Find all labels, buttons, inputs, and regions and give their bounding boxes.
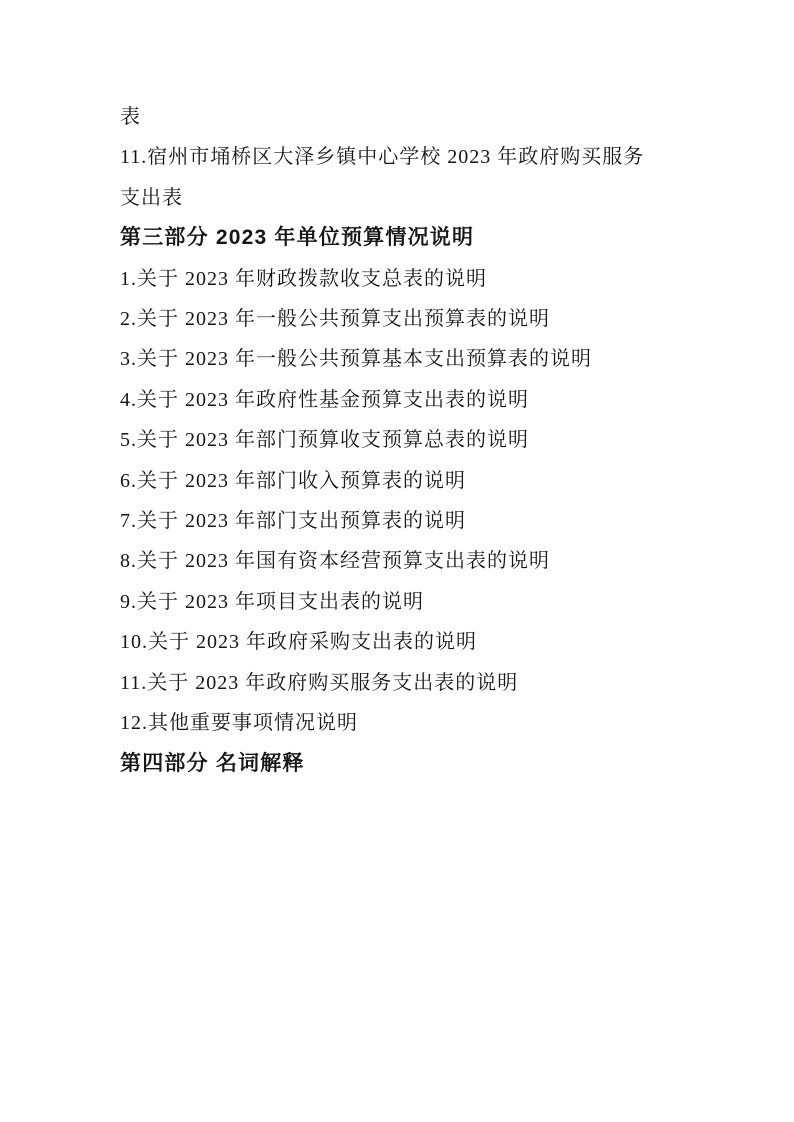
toc-text-line: 9.关于 2023 年项目支出表的说明 <box>120 582 676 622</box>
toc-text-line: 6.关于 2023 年部门收入预算表的说明 <box>120 461 676 501</box>
toc-text-line: 4.关于 2023 年政府性基金预算支出表的说明 <box>120 380 676 420</box>
toc-text-line: 支出表 <box>120 178 676 218</box>
toc-text-line: 8.关于 2023 年国有资本经营预算支出表的说明 <box>120 541 676 581</box>
toc-text-line: 7.关于 2023 年部门支出预算表的说明 <box>120 501 676 541</box>
toc-text-line: 10.关于 2023 年政府采购支出表的说明 <box>120 622 676 662</box>
toc-text-line: 11.关于 2023 年政府购买服务支出表的说明 <box>120 663 676 703</box>
toc-text-line: 12.其他重要事项情况说明 <box>120 703 676 743</box>
toc-text-line: 1.关于 2023 年财政拨款收支总表的说明 <box>120 259 676 299</box>
toc-text-line: 3.关于 2023 年一般公共预算基本支出预算表的说明 <box>120 339 676 379</box>
section-heading: 第三部分 2023 年单位预算情况说明 <box>120 218 676 258</box>
toc-text-line: 11.宿州市埇桥区大泽乡镇中心学校 2023 年政府购买服务 <box>120 137 676 177</box>
toc-text-line: 表 <box>120 97 676 137</box>
toc-text-line: 5.关于 2023 年部门预算收支预算总表的说明 <box>120 420 676 460</box>
section-heading: 第四部分 名词解释 <box>120 744 676 784</box>
document-content: 表11.宿州市埇桥区大泽乡镇中心学校 2023 年政府购买服务支出表第三部分 2… <box>120 97 676 784</box>
toc-text-line: 2.关于 2023 年一般公共预算支出预算表的说明 <box>120 299 676 339</box>
document-page: 表11.宿州市埇桥区大泽乡镇中心学校 2023 年政府购买服务支出表第三部分 2… <box>0 0 794 1122</box>
